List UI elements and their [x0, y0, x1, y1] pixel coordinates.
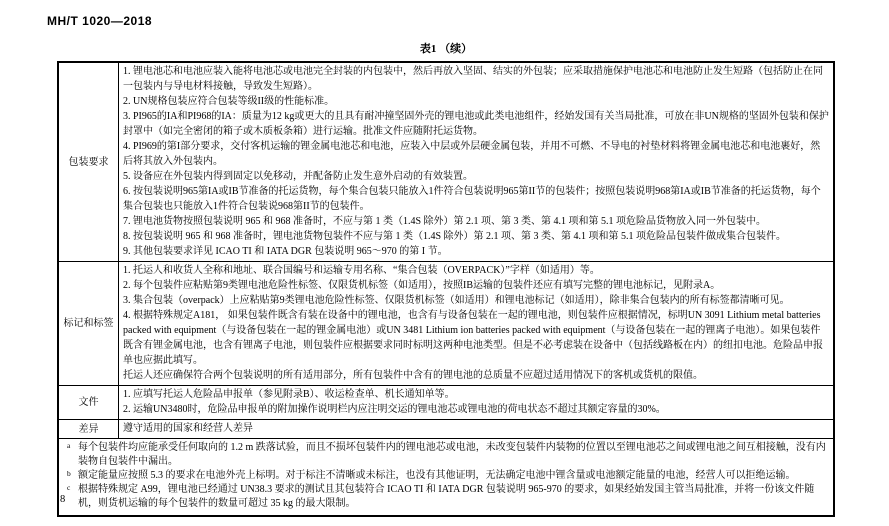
document-page: MH/T 1020—2018 表1 （续） 包装要求 1. 锂电池芯和电池应装入… — [0, 0, 889, 526]
row-label-documents: 文件 — [58, 386, 119, 420]
list-item: 2. 每个包装件应粘贴第9类锂电池危险性标签、仅限货机标签（如适用），按照IB运… — [123, 278, 829, 293]
row-content-packaging: 1. 锂电池芯和电池应装入能将电池芯或电池完全封装的内包装中，然后再放入坚固、结… — [119, 62, 835, 262]
list-item: 8. 按包装说明 965 和 968 准备时，锂电池货物包装件不应与第 1 类（… — [123, 229, 829, 244]
row-content-documents: 1. 应填写托运人危险品申报单（参见附录B）、收运检查单、机长通知单等。 2. … — [119, 386, 835, 420]
footnote-text: 每个包装件均应能承受任何取向的 1.2 m 跌落试验，而且不损坏包装件内的锂电池… — [78, 442, 826, 467]
list-item: 7. 锂电池货物按照包装说明 965 和 968 准备时，不应与第 1 类（1.… — [123, 214, 829, 229]
list-item: 1. 托运人和收货人全称和地址、联合国编号和运输专用名称、“集合包装（OVERP… — [123, 263, 829, 278]
list-item: 6. 按包装说明965第IA或IB节准备的托运货物，每个集合包装只能放入1件符合… — [123, 184, 829, 214]
row-content-marking: 1. 托运人和收货人全称和地址、联合国编号和运输专用名称、“集合包装（OVERP… — [119, 262, 835, 386]
footnote-marker: b — [67, 467, 71, 481]
footnote-b: b额定能量应按照 5.3 的要求在电池外壳上标明。对于标注不清晰或未标注，也没有… — [65, 469, 827, 483]
table-row-footnotes: a每个包装件均应能承受任何取向的 1.2 m 跌落试验，而且不损坏包装件内的锂电… — [58, 439, 834, 517]
footnote-marker: c — [67, 481, 70, 495]
row-content-variations: 遵守适用的国家和经营人差异 — [119, 420, 835, 439]
footnote-text: 额定能量应按照 5.3 的要求在电池外壳上标明。对于标注不清晰或未标注，也没有其… — [78, 470, 796, 481]
row-label-variations: 差异 — [58, 420, 119, 439]
list-item: 3. PI965的IA和PI968的IA：质量为12 kg或更大的且具有耐冲撞坚… — [123, 109, 829, 139]
table-row-variations: 差异 遵守适用的国家和经营人差异 — [58, 420, 834, 439]
requirements-table: 包装要求 1. 锂电池芯和电池应装入能将电池芯或电池完全封装的内包装中，然后再放… — [57, 61, 835, 517]
page-number: 8 — [60, 494, 65, 505]
list-item: 1. 应填写托运人危险品申报单（参见附录B）、收运检查单、机长通知单等。 — [123, 387, 829, 402]
list-item: 2. UN规格包装应符合包装等级II级的性能标准。 — [123, 94, 829, 109]
list-item: 3. 集合包装（overpack）上应粘贴第9类锂电池危险性标签、仅限货机标签（… — [123, 293, 829, 308]
list-item: 4. PI969的第I部分要求，交付客机运输的锂金属电池芯和电池，应装入中层或外… — [123, 139, 829, 169]
row-label-marking: 标记和标签 — [58, 262, 119, 386]
list-item: 1. 锂电池芯和电池应装入能将电池芯或电池完全封装的内包装中，然后再放入坚固、结… — [123, 64, 829, 94]
list-item: 4. 根据特殊规定A181， 如果包装件既含有装在设备中的锂电池，也含有与设备包… — [123, 308, 829, 368]
table-row-packaging: 包装要求 1. 锂电池芯和电池应装入能将电池芯或电池完全封装的内包装中，然后再放… — [58, 62, 834, 262]
footnote-c: c根据特殊规定 A99，锂电池已经通过 UN38.3 要求的测试且其包装符合 I… — [65, 483, 827, 511]
list-item: 9. 其他包装要求详见 ICAO TI 和 IATA DGR 包装说明 965～… — [123, 244, 829, 259]
footnote-a: a每个包装件均应能承受任何取向的 1.2 m 跌落试验，而且不损坏包装件内的锂电… — [65, 441, 827, 469]
footnote-text: 根据特殊规定 A99，锂电池已经通过 UN38.3 要求的测试且其包装符合 IC… — [78, 484, 814, 509]
footnote-marker: a — [67, 439, 70, 453]
standard-number: MH/T 1020—2018 — [47, 14, 152, 28]
footnotes-cell: a每个包装件均应能承受任何取向的 1.2 m 跌落试验，而且不损坏包装件内的锂电… — [58, 439, 834, 517]
list-item: 5. 设备应在外包装内得到固定以免移动，并配备防止发生意外启动的有效装置。 — [123, 169, 829, 184]
list-item: 托运人还应确保符合两个包装说明的所有适用部分，所有包装件中含有的锂电池的总质量不… — [123, 368, 829, 383]
list-item: 遵守适用的国家和经营人差异 — [123, 421, 829, 436]
row-label-packaging: 包装要求 — [58, 62, 119, 262]
table-row-marking: 标记和标签 1. 托运人和收货人全称和地址、联合国编号和运输专用名称、“集合包装… — [58, 262, 834, 386]
table-caption: 表1 （续） — [57, 40, 835, 56]
table-row-documents: 文件 1. 应填写托运人危险品申报单（参见附录B）、收运检查单、机长通知单等。 … — [58, 386, 834, 420]
list-item: 2. 运输UN3480时，危险品申报单的附加操作说明栏内应注明交运的锂电池芯或锂… — [123, 402, 829, 417]
